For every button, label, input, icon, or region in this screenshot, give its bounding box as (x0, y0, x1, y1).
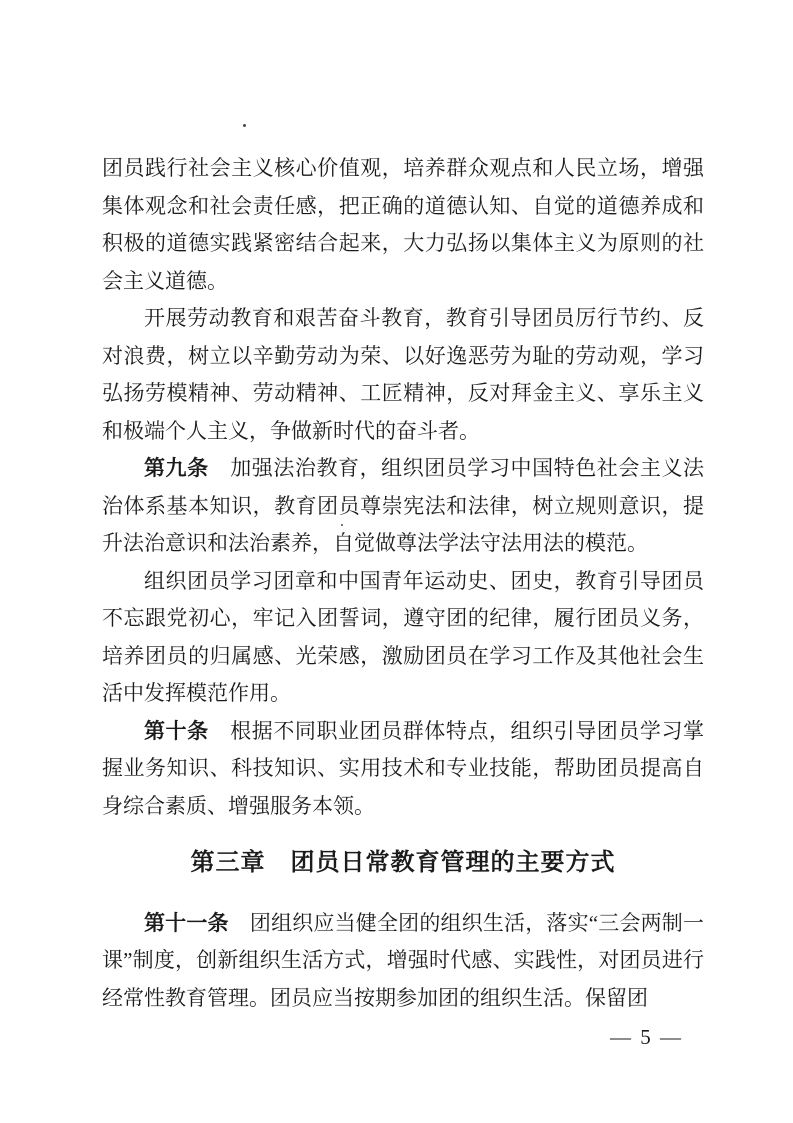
paragraph-text: 开展劳动教育和艰苦奋斗教育，教育引导团员厉行节约、反对浪费，树立以辛勤劳动为荣、… (102, 306, 704, 443)
article-9-paragraph: 第九条 加强法治教育，组织团员学习中国特色社会主义法治体系基本知识，教育团员尊崇… (102, 450, 704, 563)
page-number: — 5 — (610, 1025, 683, 1050)
scan-speck (243, 124, 246, 127)
document-body: 团员践行社会主义核心价值观，培养群众观点和人民立场，增强集体观念和社会责任感，把… (102, 150, 704, 1017)
article-10-paragraph: 第十条 根据不同职业团员群体特点，组织引导团员学习掌握业务知识、科技知识、实用技… (102, 713, 704, 826)
article-11-paragraph: 第十一条 团组织应当健全团的组织生活，落实“三会两制一课”制度，创新组织生活方式… (102, 905, 704, 1018)
chapter-heading: 第三章 团员日常教育管理的主要方式 (102, 845, 704, 883)
paragraph-text: 组织团员学习团章和中国青年运动史、团史，教育引导团员不忘跟党初心，牢记入团誓词，… (102, 569, 704, 706)
article-number-lead: 第十条 (144, 719, 209, 743)
article-number-lead: 第九条 (144, 456, 209, 480)
paragraph-labor-education: 开展劳动教育和艰苦奋斗教育，教育引导团员厉行节约、反对浪费，树立以辛勤劳动为荣、… (102, 300, 704, 450)
paragraph-text: 团员践行社会主义核心价值观，培养群众观点和人民立场，增强集体观念和社会责任感，把… (102, 156, 704, 293)
article-number-lead: 第十一条 (144, 911, 229, 935)
paragraph-core-values-continuation: 团员践行社会主义核心价值观，培养群众观点和人民立场，增强集体观念和社会责任感，把… (102, 150, 704, 300)
document-page: 团员践行社会主义核心价值观，培养群众观点和人民立场，增强集体观念和社会责任感，把… (0, 0, 793, 1123)
paragraph-league-history-education: 组织团员学习团章和中国青年运动史、团史，教育引导团员不忘跟党初心，牢记入团誓词，… (102, 563, 704, 713)
